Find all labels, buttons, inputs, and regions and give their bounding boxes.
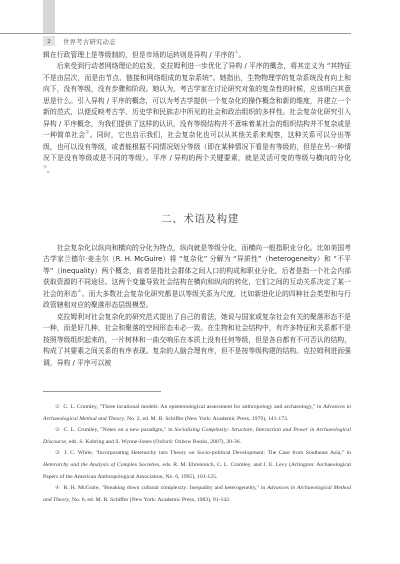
footnote-rule — [43, 391, 161, 392]
paragraph-2: 后来受到行动者网络理论的启发，克拉姆利进一步优化了异构 / 平序的概念，将其定义… — [43, 61, 351, 176]
running-title: 世界考古研究动态 — [63, 37, 116, 46]
footnote-item: ④R. H. McGuire, "Breaking down cultural … — [43, 483, 351, 506]
footnotes: ①C. L. Crumley, "Three locational models… — [43, 402, 351, 506]
paragraph-3: 社会复杂化以纵向和横向的分化为特点，纵向就是等级分化，而横向一般指职业分化。比如… — [43, 243, 351, 312]
footnote-text: C. L. Crumley, "Three locational models:… — [63, 404, 323, 410]
footnote-text: R. H. McGuire, "Breaking down cultural c… — [64, 485, 268, 491]
paragraph-text: 。同时，它也启示我们，社会复杂化也可以从其他关系来观察，这种关系可以分出等级，也… — [43, 131, 351, 162]
punctuation: 。 — [47, 166, 54, 174]
page-number: 2 — [43, 36, 55, 46]
section-heading: 二、术语及构建 — [0, 211, 400, 226]
page-tab-marker — [43, 0, 55, 34]
footnote-number: ④ — [55, 485, 61, 491]
footnote-text: , No. 2, ed. M. B. Schiffer (New York: A… — [124, 416, 288, 422]
footnote-text: C. L. Crumley, "Notes on a new paradigm,… — [64, 427, 175, 433]
body-text-bottom: 社会复杂化以纵向和横向的分化为特点，纵向就是等级分化，而横向一般指职业分化。比如… — [43, 243, 351, 369]
paragraph-text: 辑在行政管理上是等级制的，但是市场的运转则是异构 / 平序的 — [43, 51, 234, 59]
body-text-top: 辑在行政管理上是等级制的，但是市场的运转则是异构 / 平序的①。 后来受到行动者… — [43, 50, 351, 176]
footnote-text: J. C. White, "Incorporating Heterarchy i… — [64, 450, 351, 456]
footnote-item: ②C. L. Crumley, "Notes on a new paradigm… — [43, 425, 351, 448]
footnote-item: ③J. C. White, "Incorporating Heterarchy … — [43, 448, 351, 483]
footnote-title: Heterarchy and the Analysis of Complex S… — [43, 462, 159, 468]
paragraph-4: 克拉姆利对社会复杂化的研究范式提出了自己的看法，她说与国家或复杂社会有关的聚落形… — [43, 312, 351, 369]
footnote-number: ③ — [55, 450, 61, 456]
footnote-text: , eds. S. Kohring and S. Wynne-Jones (Ox… — [66, 439, 241, 445]
header-rule — [0, 33, 351, 34]
footnote-number: ① — [55, 404, 60, 410]
running-header: 2 世界考古研究动态 — [43, 36, 116, 46]
paragraph-text: 后来受到行动者网络理论的启发，克拉姆利进一步优化了异构 / 平序的概念，将其定义… — [43, 62, 351, 139]
footnote-text: , No. 6, ed. M. B. Schiffer (New York: A… — [69, 497, 230, 503]
punctuation: 。 — [239, 51, 246, 59]
footnote-number: ② — [55, 427, 61, 433]
paragraph-text: 。而大多数社会复杂化研究都是以等级关系为尺度，比如新进化论的四种社会类型和与行政… — [43, 290, 351, 309]
footnote-item: ①C. L. Crumley, "Three locational models… — [43, 402, 351, 425]
paragraph-1: 辑在行政管理上是等级制的，但是市场的运转则是异构 / 平序的①。 — [43, 50, 351, 61]
